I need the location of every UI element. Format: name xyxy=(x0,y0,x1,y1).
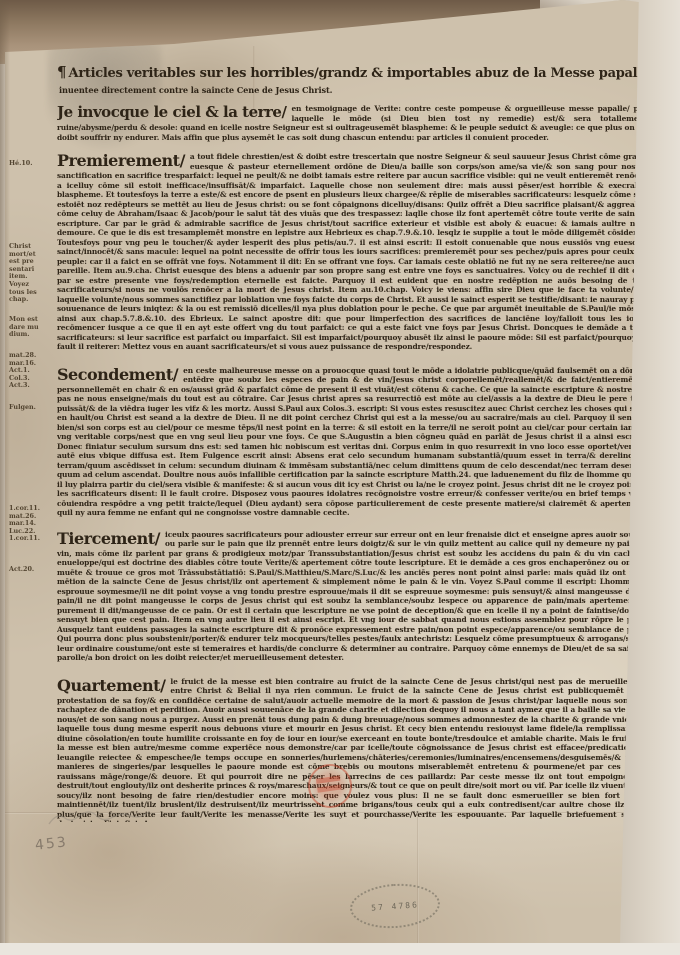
page-title: Articles veritables sur les horribles/gr… xyxy=(69,66,647,81)
photo-bottom-edge xyxy=(0,943,680,955)
section-quartement: Quartement/le fruict de la messe est bie… xyxy=(57,677,647,823)
placard-sheet: ¶Articles veritables sur les horribles/g… xyxy=(5,0,655,947)
section-body: a tout fidele chrestien/est & doibt estr… xyxy=(57,152,647,351)
section-heading: Tiercement/ xyxy=(57,530,160,547)
document-photo: ¶Articles veritables sur les horribles/g… xyxy=(0,0,680,955)
margin-note: Hé.10. xyxy=(9,160,55,168)
section-secondement: Secondement/en ceste malheureuse messe o… xyxy=(57,366,647,518)
title-row: ¶Articles veritables sur les horribles/g… xyxy=(57,62,647,84)
text-block: ¶Articles veritables sur les horribles/g… xyxy=(57,62,647,822)
margin-note: Act.20. xyxy=(9,566,55,574)
margin-note: 1.cor.11. mat.26. mar.14. Luc.22. 1.cor.… xyxy=(9,505,55,543)
section-body: iceulx paoures sacrificateurs pour adiou… xyxy=(57,530,647,663)
margin-note: Mon est dare mu dium. xyxy=(9,316,55,339)
gutter-shadow xyxy=(0,0,10,955)
section-heading: Secondement/ xyxy=(57,366,178,383)
section-heading: Quartement/ xyxy=(57,677,165,694)
handwritten-shelfmark: 453 xyxy=(34,834,68,853)
invocation-heading: Je invocque le ciel & la terre/ xyxy=(57,104,286,121)
margin-note: Christ mort/et est pre sentari item. Voy… xyxy=(9,243,55,304)
pencil-inscription xyxy=(45,806,155,832)
invocation-paragraph: Je invocque le ciel & la terre/en tesmoi… xyxy=(57,104,647,142)
margin-note: mat.28. mar.16. Act.1. Col.3. Act.3. xyxy=(9,352,55,390)
section-heading: Premierement/ xyxy=(57,152,185,169)
paper-crease xyxy=(417,813,419,947)
section-premierement: Premierement/a tout fidele chrestien/est… xyxy=(57,152,647,352)
section-body: le fruict de la messe est bien contraire… xyxy=(57,677,647,823)
margin-note: Fulgen. xyxy=(9,404,55,412)
paragraph-mark-icon: ¶ xyxy=(57,63,67,81)
section-body: en ceste malheureuse messe on a prouocqu… xyxy=(57,366,647,518)
section-tiercement: Tiercement/iceulx paoures sacrificateurs… xyxy=(57,530,647,663)
subtitle: inuentee directement contre la saincte C… xyxy=(59,85,647,95)
